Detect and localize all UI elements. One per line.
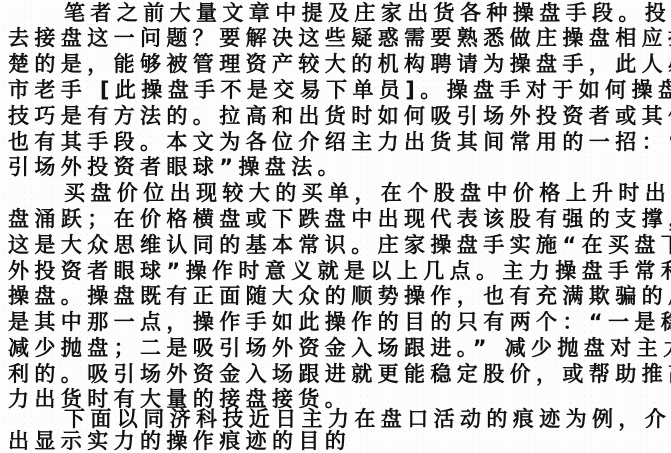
paragraph-1-line-5: 技巧是有方法的。拉高和出货时如何吸引场外投资者或其他机构入场接盘肯定 xyxy=(8,103,668,129)
paragraph-2-line-4: 外投资者眼球”操作时意义就是以上几点。主力操盘手常利用大众基本常识去 xyxy=(8,258,668,284)
paragraph-2-line-3: 这是大众思维认同的基本常识。庄家操盘手实施“在买盘下挂巨大买单吸引场 xyxy=(8,232,668,258)
paragraph-1-line-1: 笔者之前大量文章中提及庄家出货各种操盘手段。投资者也常问庄家出货谁 xyxy=(64,0,668,26)
paragraph-2-line-5: 操盘。操盘既有正面随大众的顺势操作，也有充满欺骗的反向操盘陷阱。无论 xyxy=(8,283,668,309)
paragraph-1-line-4: 市老手 [此操盘手不是交易下单员]。操盘手对于如何操盘各个环节需要到什么 xyxy=(8,77,668,103)
paragraph-1-line-6: 也有其手段。本文为各位介绍主力出货其间常用的一招：“买盘下挂巨大买单吸 xyxy=(8,129,668,155)
paragraph-3-line-2: 出显示实力的操作痕迹的目的 xyxy=(8,428,668,453)
document-page: 笔者之前大量文章中提及庄家出货各种操盘手段。投资者也常问庄家出货谁 去接盘这一问… xyxy=(0,0,671,453)
paragraph-2-line-2: 盘涌跃；在价格横盘或下跌盘中出现代表该股有强的支撑，或者有机构在护盘。 xyxy=(8,206,668,232)
paragraph-2-line-8: 利的。吸引场外资金入场跟进就更能稳定股价，或帮助推高股价。也有利于主 xyxy=(8,361,668,387)
paragraph-1-line-7: 引场外投资者眼球”操盘法。 xyxy=(8,154,668,180)
paragraph-2-line-1: 买盘价位出现较大的买单，在个股盘中价格上升时出现代表买方实力强劲买 xyxy=(64,180,668,206)
paragraph-1-line-3: 楚的是，能够被管理资产较大的机构聘请为操盘手，此人必然是经验丰富的股 xyxy=(8,51,668,77)
paragraph-1-line-2: 去接盘这一问题？要解决这些疑惑需要熟悉做庄操盘相应技巧。首先各位要清 xyxy=(8,25,668,51)
paragraph-2-line-6: 是其中那一点，操作手如此操作的目的只有两个：“一是稳定场内持有者信心以 xyxy=(8,309,668,335)
paragraph-2-line-7: 减少抛盘；二是吸引场外资金入场跟进。” 减少抛盘对主力护盘或者拉高是有 xyxy=(8,335,668,361)
